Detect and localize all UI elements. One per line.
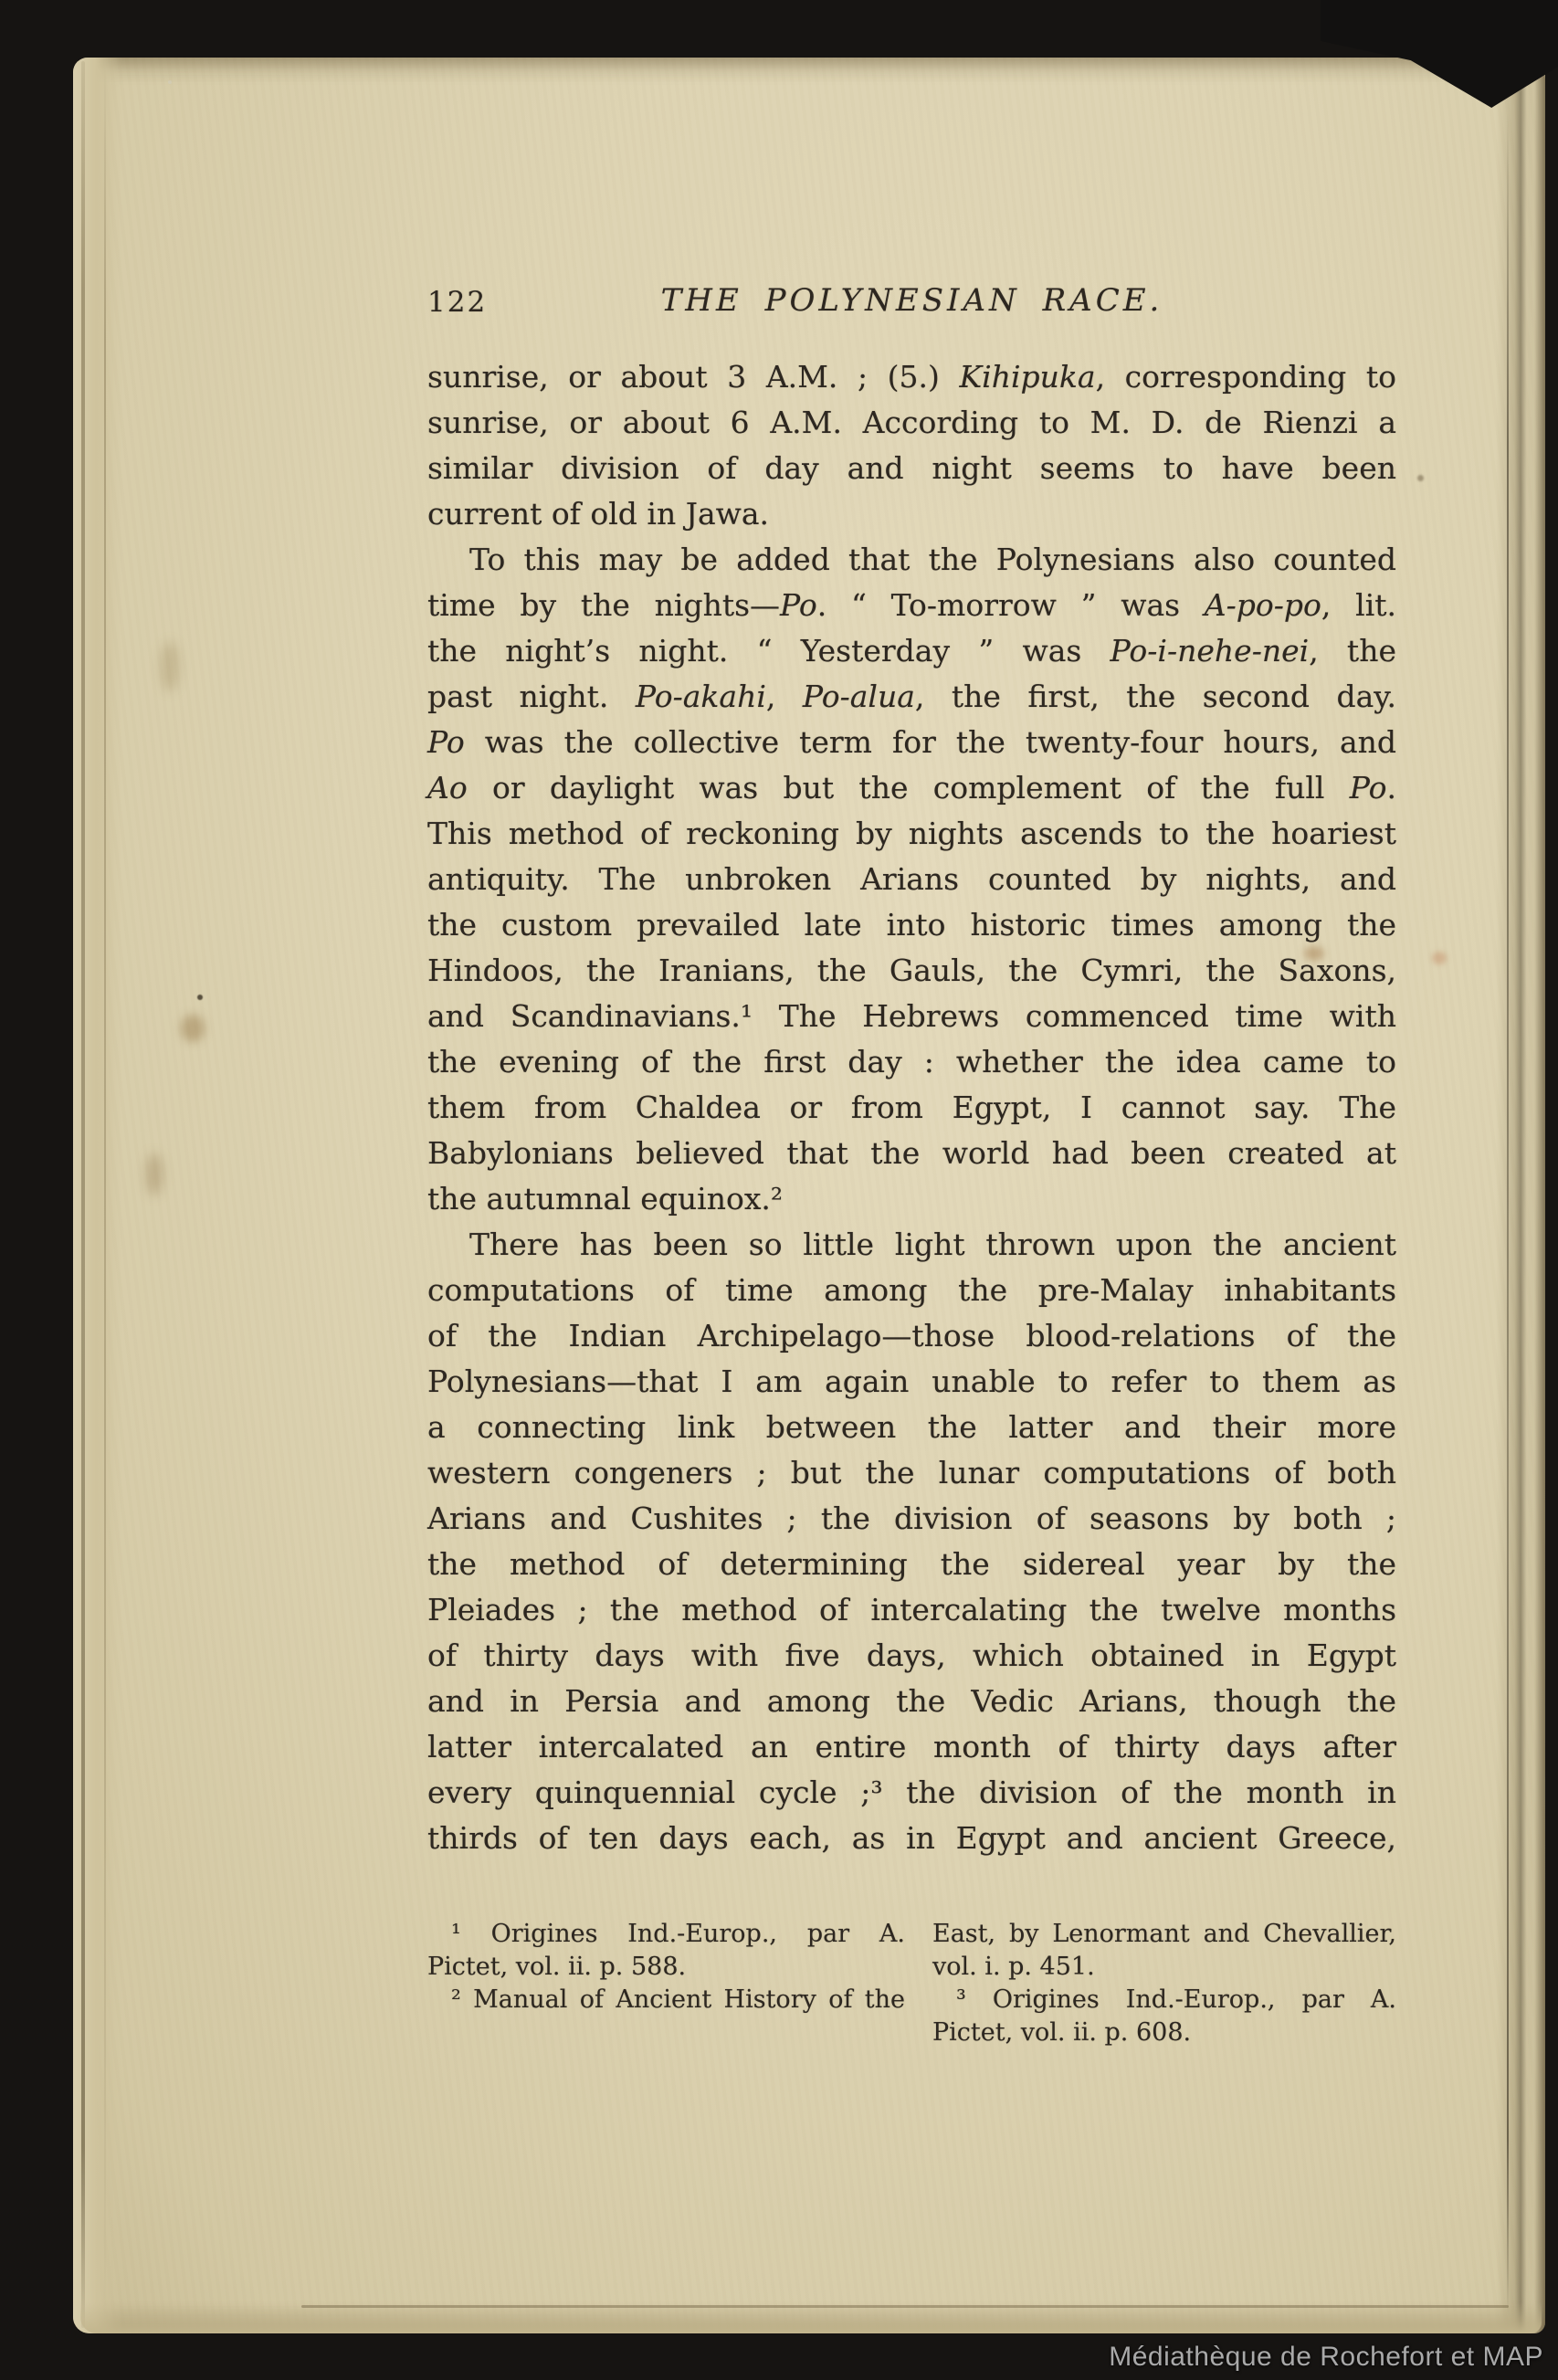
text-line: past night. Po-akahi, Po-alua, the first… [427, 674, 1396, 720]
text-line: the evening of the first day : whether t… [427, 1039, 1396, 1085]
footnote-col-right: East, by Lenormant and Chevallier,vol. i… [932, 1918, 1396, 2049]
page-number: 122 [427, 286, 487, 319]
page-right-fold-edge [1496, 70, 1545, 2333]
footnote-line: ² Manual of Ancient History of the [427, 1984, 932, 2017]
text-line: Ao or daylight was but the complement of… [427, 765, 1396, 811]
text-line: the autumnal equinox.² [427, 1176, 1396, 1222]
text-line: similar division of day and night seems … [427, 446, 1396, 491]
stain [181, 1015, 205, 1042]
text-line: antiquity. The unbroken Arians counted b… [427, 857, 1396, 902]
text-line: This method of reckoning by nights ascen… [427, 811, 1396, 857]
speck [197, 995, 203, 1000]
footnote-col-left: ¹ Origines Ind.-Europ., par A.Pictet, vo… [427, 1918, 932, 2049]
bottom-seam-line [301, 2305, 1509, 2308]
scan-background: { "page": { "number": "122", "running_ti… [0, 0, 1558, 2380]
footnote-line: ¹ Origines Ind.-Europ., par A. [427, 1918, 932, 1951]
text-line: the method of determining the sidereal y… [427, 1542, 1396, 1587]
left-crease-line-2 [104, 67, 106, 2324]
text-line: and Scandinavians.¹ The Hebrews commence… [427, 994, 1396, 1039]
text-line: Polynesians—that I am again unable to re… [427, 1359, 1396, 1405]
text-line: There has been so little light thrown up… [427, 1222, 1396, 1268]
page-header: 122 THE POLYNESIAN RACE. [427, 277, 1396, 332]
book-page: 122 THE POLYNESIAN RACE. sunrise, or abo… [73, 58, 1545, 2333]
text-line: latter intercalated an entire month of t… [427, 1724, 1396, 1770]
right-crease-line [1507, 112, 1509, 2315]
stain [146, 1153, 163, 1195]
text-line: Arians and Cushites ; the division of se… [427, 1496, 1396, 1542]
text-line: the night’s night. “ Yesterday ” was Po-… [427, 628, 1396, 674]
body-text: sunrise, or about 3 A.M. ; (5.) Kihipuka… [427, 354, 1396, 1861]
text-line: time by the nights—Po. “ To-morrow ” was… [427, 583, 1396, 628]
text-line: them from Chaldea or from Egypt, I canno… [427, 1085, 1396, 1131]
text-line: every quinquennial cycle ;³ the division… [427, 1770, 1396, 1816]
footnotes: ¹ Origines Ind.-Europ., par A.Pictet, vo… [427, 1918, 1396, 2049]
footnote-line: vol. i. p. 451. [932, 1951, 1396, 1984]
text-line: Pleiades ; the method of intercalating t… [427, 1587, 1396, 1633]
footnote-line: Pictet, vol. ii. p. 588. [427, 1951, 932, 1984]
text-line: of thirty days with five days, which obt… [427, 1633, 1396, 1679]
stain [161, 642, 179, 691]
text-line: western congeners ; but the lunar comput… [427, 1450, 1396, 1496]
text-line: the custom prevailed late into historic … [427, 902, 1396, 948]
text-line: and in Persia and among the Vedic Arians… [427, 1679, 1396, 1724]
text-line: Hindoos, the Iranians, the Gauls, the Cy… [427, 948, 1396, 994]
text-line: Babylonians believed that the world had … [427, 1131, 1396, 1176]
library-watermark: Médiathèque de Rochefort et MAP [1109, 2342, 1543, 2373]
text-line: To this may be added that the Polynesian… [427, 537, 1396, 583]
text-line: sunrise, or about 6 A.M. According to M.… [427, 400, 1396, 446]
footnote-line: East, by Lenormant and Chevallier, [932, 1918, 1396, 1951]
text-line: thirds of ten days each, as in Egypt and… [427, 1816, 1396, 1861]
text-line: computations of time among the pre-Malay… [427, 1268, 1396, 1313]
running-title: THE POLYNESIAN RACE. [427, 277, 1396, 319]
text-line: of the Indian Archipelago—those blood-re… [427, 1313, 1396, 1359]
text-line: a connecting link between the latter and… [427, 1405, 1396, 1450]
text-line: Po was the collective term for the twent… [427, 720, 1396, 765]
left-crease-line [81, 61, 85, 2328]
text-line: sunrise, or about 3 A.M. ; (5.) Kihipuka… [427, 354, 1396, 400]
text-line: current of old in Jawa. [427, 491, 1396, 537]
footnote-line: Pictet, vol. ii. p. 608. [932, 2017, 1396, 2049]
footnote-line: ³ Origines Ind.-Europ., par A. [932, 1984, 1396, 2017]
